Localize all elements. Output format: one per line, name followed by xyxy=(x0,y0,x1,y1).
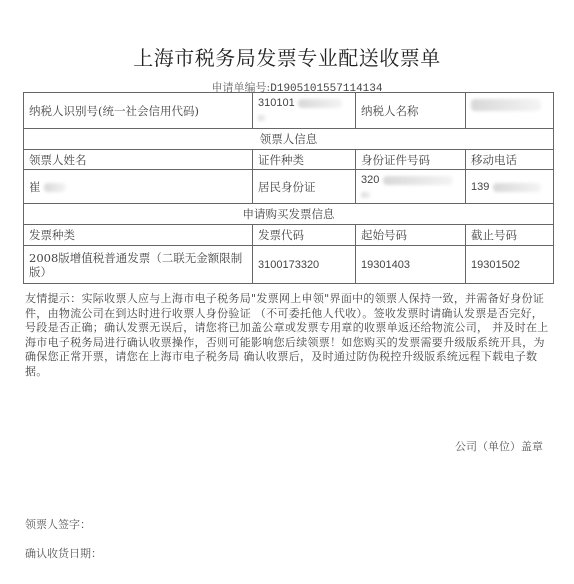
recipient-name-value: 崔 xyxy=(24,170,253,204)
invoice-header-row: 发票种类 发票代码 起始号码 截止号码 xyxy=(24,225,554,246)
recipient-signature-label: 领票人签字： xyxy=(25,516,91,532)
taxpayer-id-label: 纳税人识别号(统一社会信用代码) xyxy=(24,93,253,129)
redacted-blur xyxy=(471,99,541,111)
document-title: 上海市税务局发票专业配送收票单 xyxy=(0,42,574,71)
recipient-section-title: 领票人信息 xyxy=(24,129,554,150)
friendly-notice: 友情提示：实际收票人应与上海市电子税务局"发票网上申领"界面中的领票人保持一致，… xyxy=(25,292,550,379)
header-invoice-type: 发票种类 xyxy=(24,225,253,246)
redacted-blur xyxy=(493,183,541,192)
taxpayer-id-value: 310101 xyxy=(253,93,356,129)
header-mobile-phone: 移动电话 xyxy=(466,150,554,170)
header-id-type: 证件种类 xyxy=(253,150,356,170)
taxpayer-name-value xyxy=(466,93,554,129)
redacted-blur xyxy=(298,99,342,108)
header-recipient-name: 领票人姓名 xyxy=(24,150,253,170)
header-invoice-code: 发票代码 xyxy=(253,225,356,246)
header-end-number: 截止号码 xyxy=(466,225,554,246)
header-start-number: 起始号码 xyxy=(356,225,466,246)
redacted-blur xyxy=(361,192,371,198)
taxpayer-name-label: 纳税人名称 xyxy=(356,93,466,129)
recipient-header-row: 领票人姓名 证件种类 身份证件号码 移动电话 xyxy=(24,150,554,170)
receipt-date-label: 确认收货日期： xyxy=(25,545,102,561)
id-number-value: 320 xyxy=(356,170,466,204)
header-id-number: 身份证件号码 xyxy=(356,150,466,170)
invoice-type-value: 2008版增值税普通发票（二联无金额限制版） xyxy=(24,246,253,284)
start-number-value: 19301403 xyxy=(356,246,466,284)
recipient-data-row: 崔 居民身份证 320 139 xyxy=(24,170,554,204)
redacted-blur xyxy=(258,115,266,121)
taxpayer-id-prefix: 310101 xyxy=(258,97,295,109)
phone-value: 139 xyxy=(466,170,554,204)
id-type-value: 居民身份证 xyxy=(253,170,356,204)
company-seal-label: 公司（单位）盖章 xyxy=(455,438,543,454)
recipient-section-row: 领票人信息 xyxy=(24,129,554,150)
invoice-section-row: 申请购买发票信息 xyxy=(24,204,554,225)
invoice-section-title: 申请购买发票信息 xyxy=(24,204,554,225)
recipient-surname: 崔 xyxy=(29,180,41,194)
phone-prefix: 139 xyxy=(471,181,489,193)
id-number-prefix: 320 xyxy=(361,174,379,186)
invoice-code-value: 3100173320 xyxy=(253,246,356,284)
redacted-blur xyxy=(383,176,453,185)
redacted-blur xyxy=(44,183,66,192)
receipt-form-table: 纳税人识别号(统一社会信用代码) 310101 纳税人名称 领票人信息 领票人姓… xyxy=(23,92,554,284)
invoice-data-row: 2008版增值税普通发票（二联无金额限制版） 3100173320 193014… xyxy=(24,246,554,284)
end-number-value: 19301502 xyxy=(466,246,554,284)
taxpayer-row: 纳税人识别号(统一社会信用代码) 310101 纳税人名称 xyxy=(24,93,554,129)
